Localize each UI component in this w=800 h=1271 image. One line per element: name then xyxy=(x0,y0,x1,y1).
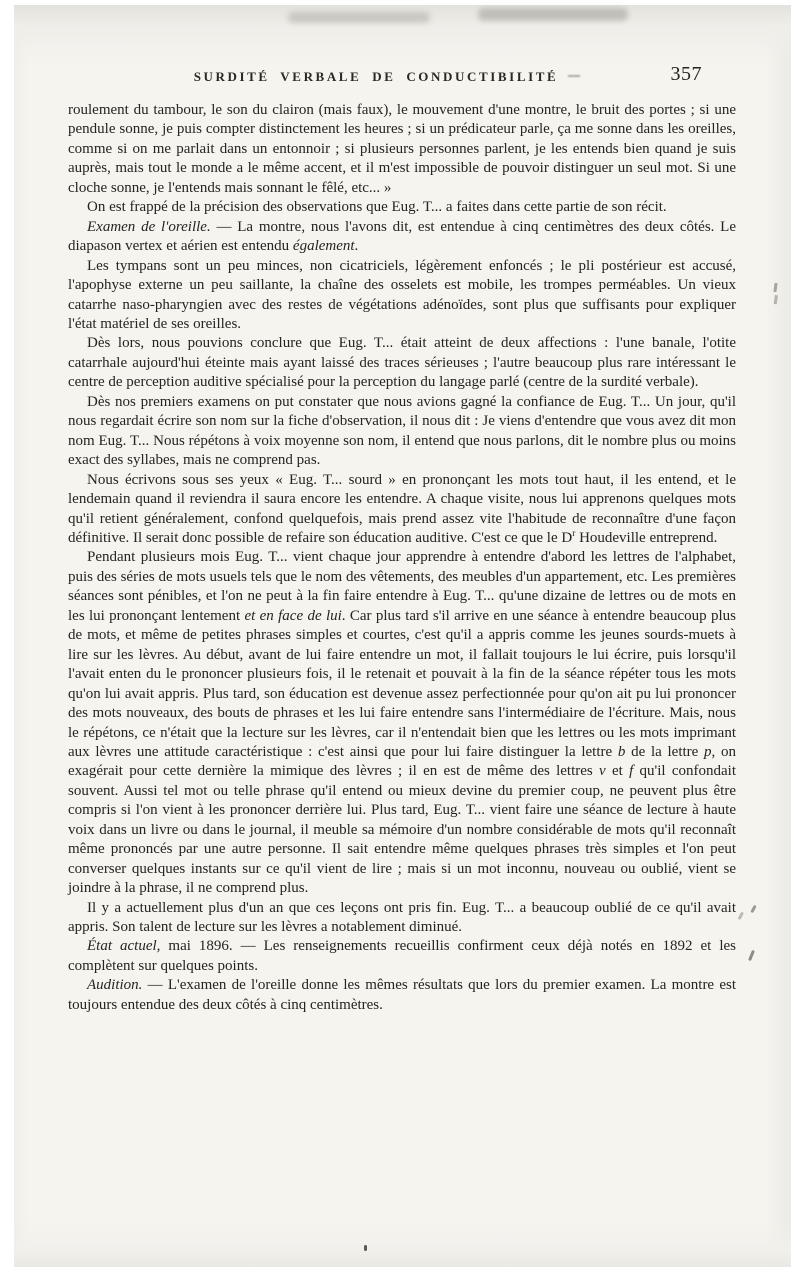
paragraph: On est frappé de la précision des observ… xyxy=(68,198,736,217)
paragraph: roulement du tambour, le son du clairon … xyxy=(68,101,736,198)
paragraph: Les tympans sont un peu minces, non cica… xyxy=(68,257,736,335)
text-run: Dès nos premiers examens on put constate… xyxy=(68,394,736,468)
running-title: SURDITÉ VERBALE DE CONDUCTIBILITÉ xyxy=(194,69,559,85)
paragraph: Audition. — L'examen de l'oreille donne … xyxy=(68,976,736,1015)
page-number: 357 xyxy=(671,63,703,86)
text-block: roulement du tambour, le son du clairon … xyxy=(68,101,736,1015)
text-run: . xyxy=(355,238,359,254)
text-run: Il y a actuellement plus d'un an que ces… xyxy=(68,900,736,935)
paragraph: Nous écrivons sous ses yeux « Eug. T... … xyxy=(68,471,736,549)
italic-run: État actuel, xyxy=(87,938,160,954)
italic-run: Examen de l'oreille. xyxy=(87,219,211,235)
text-run: Les tympans sont un peu minces, non cica… xyxy=(68,258,736,332)
italic-run: v xyxy=(599,763,606,779)
text-run: — L'examen de l'oreille donne les mêmes … xyxy=(68,977,736,1012)
italic-run: également xyxy=(293,238,355,254)
paragraph: Pendant plusieurs mois Eug. T... vient c… xyxy=(68,548,736,898)
paragraph: Examen de l'oreille. — La montre, nous l… xyxy=(68,218,736,257)
paragraph: Dès lors, nous pouvions conclure que Eug… xyxy=(68,334,736,392)
paragraph: État actuel, mai 1896. — Les renseigneme… xyxy=(68,937,736,976)
text-run: Dès lors, nous pouvions conclure que Eug… xyxy=(68,335,736,390)
text-run: qu'il confondait souvent. Aussi tel mot … xyxy=(68,763,736,896)
italic-run: Audition. xyxy=(87,977,142,993)
text-run: et xyxy=(606,763,629,779)
text-run: roulement du tambour, le son du clairon … xyxy=(68,102,736,196)
page-header: SURDITÉ VERBALE DE CONDUCTIBILITÉ 357 xyxy=(68,66,736,90)
italic-run: et en face de lui xyxy=(244,608,341,624)
paragraph: Dès nos premiers examens on put constate… xyxy=(68,393,736,471)
text-run: On est frappé de la précision des observ… xyxy=(87,199,667,215)
text-run: Houdeville entreprend. xyxy=(575,530,717,546)
text-run: . Car plus tard s'il arrive en une séanc… xyxy=(68,608,736,760)
paragraph: Il y a actuellement plus d'un an que ces… xyxy=(68,899,736,938)
text-run: de la lettre xyxy=(625,744,704,760)
scanned-book-page: { "page": { "header": { "title": "SURDIT… xyxy=(0,0,800,1271)
italic-run: p xyxy=(704,744,712,760)
text-run: mai 1896. — Les renseignements recueilli… xyxy=(68,938,736,973)
